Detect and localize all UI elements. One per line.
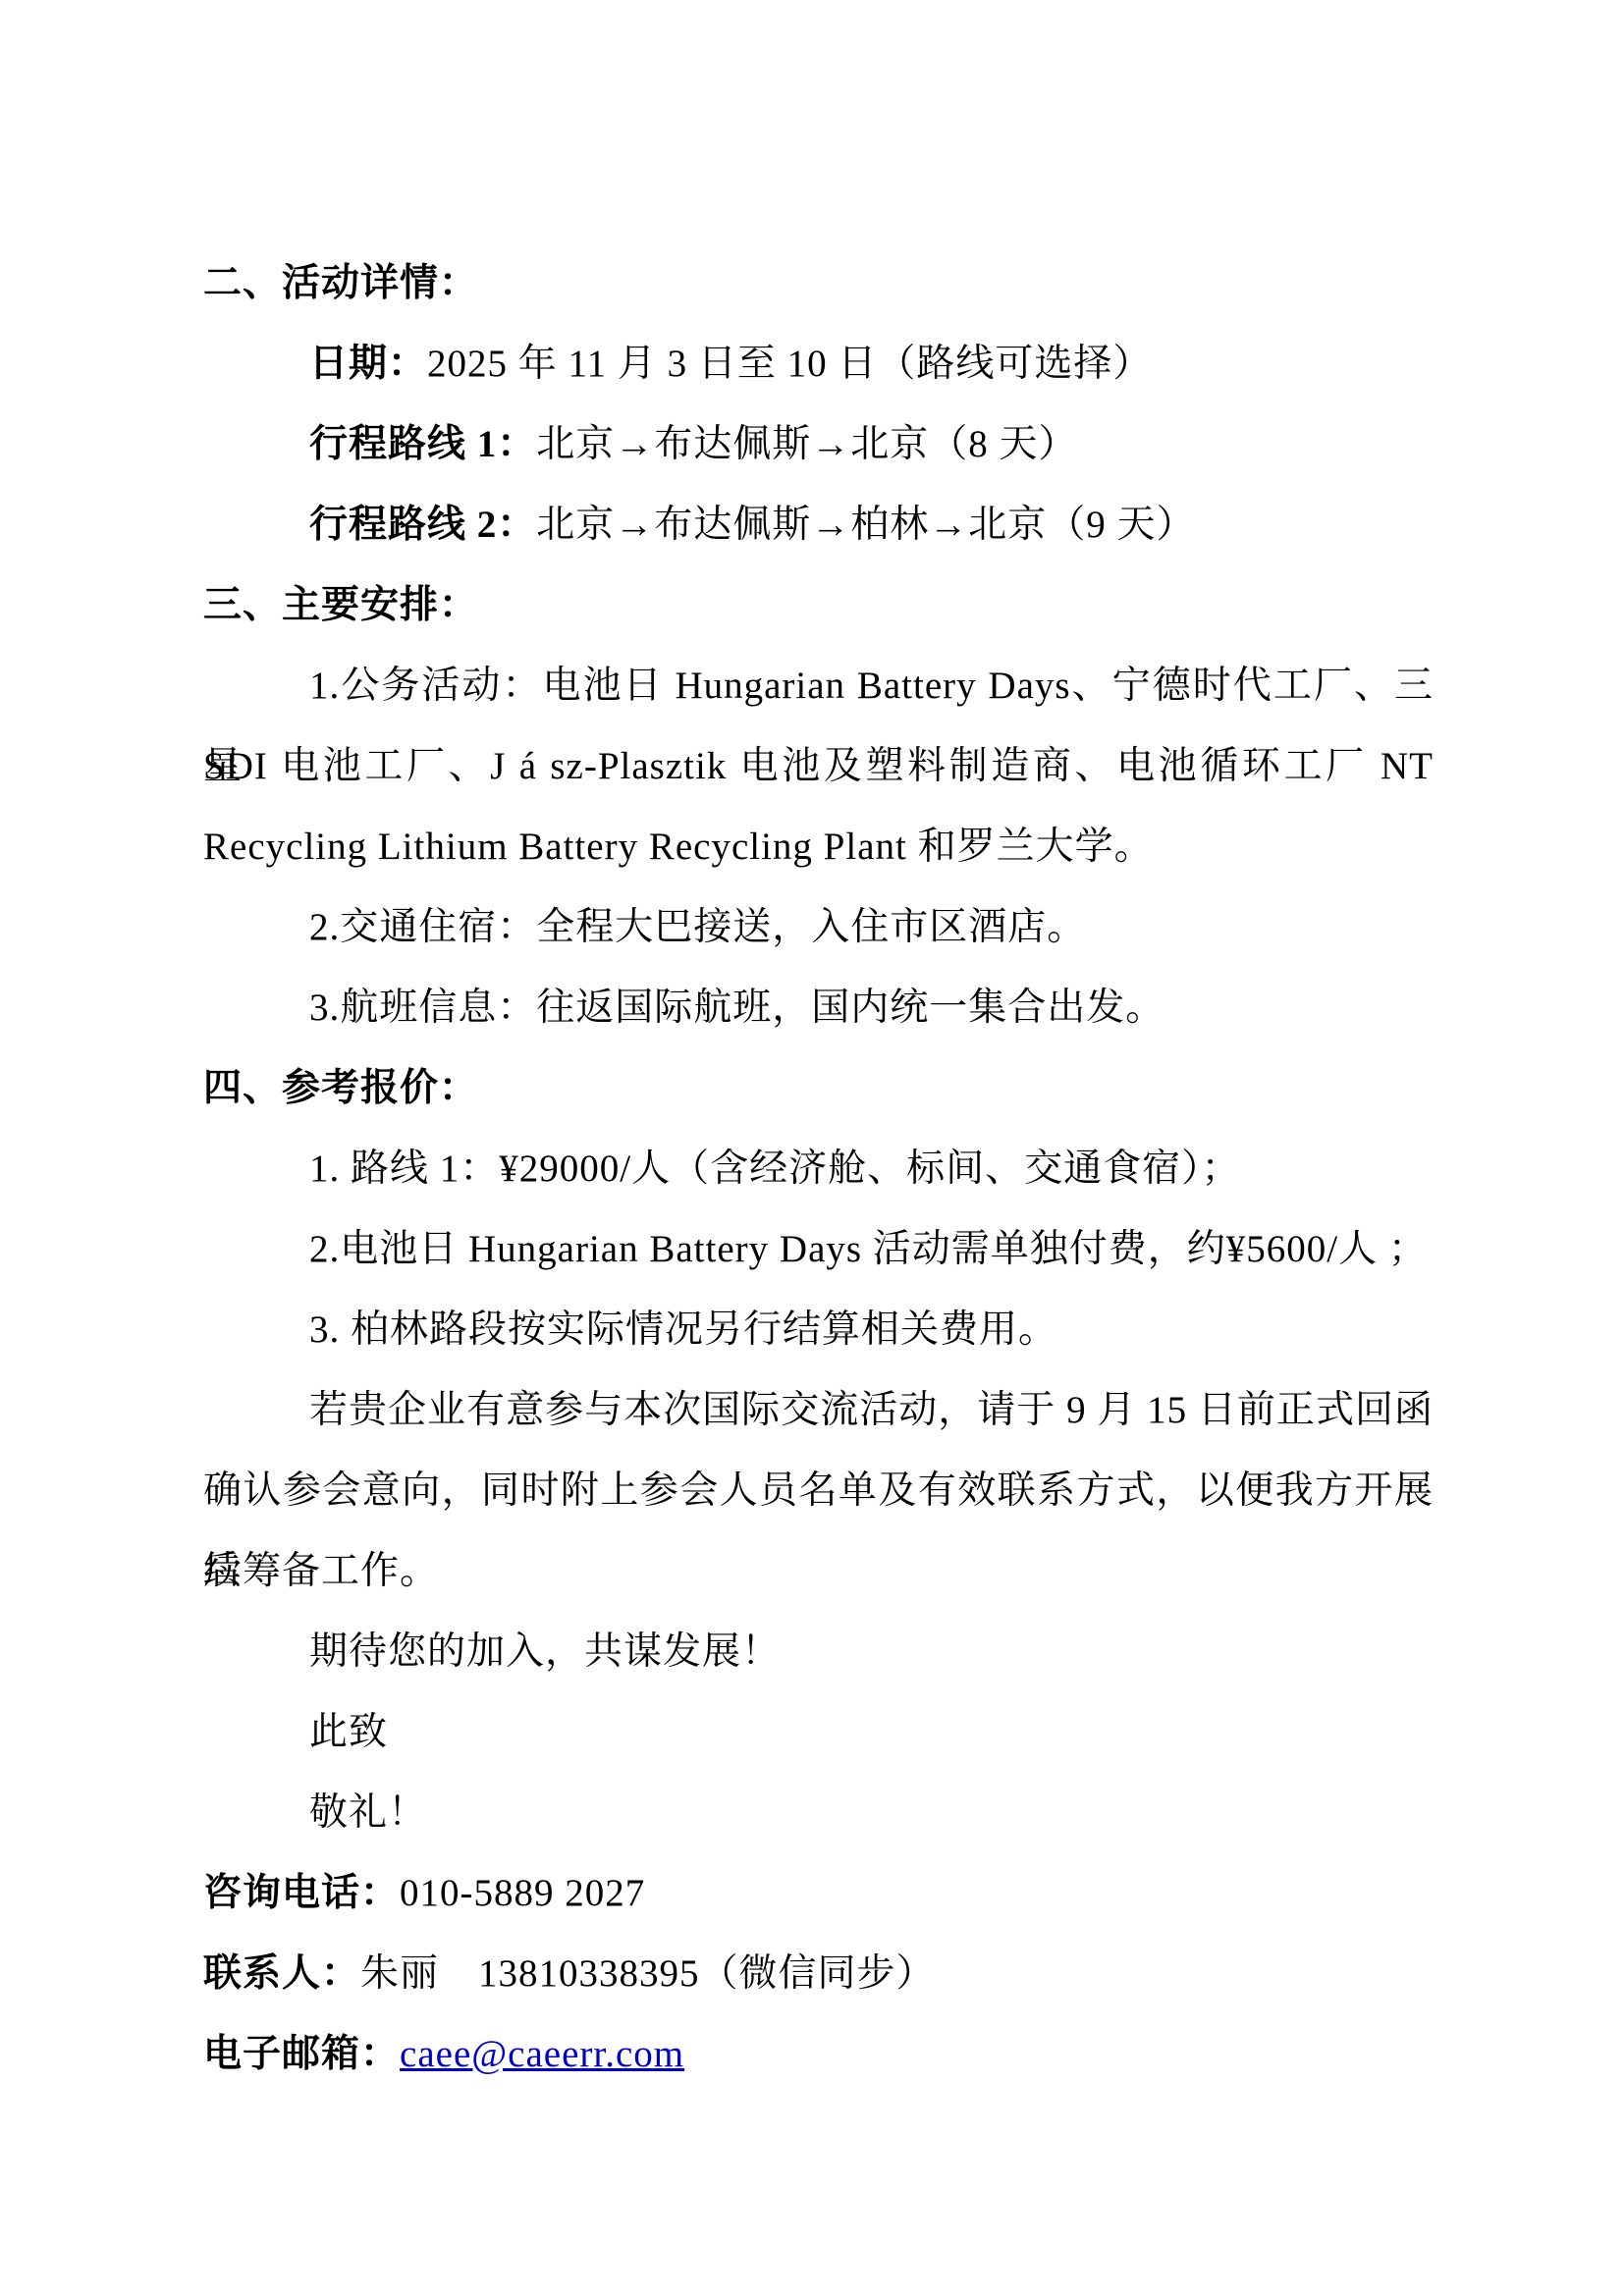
text-segment: SDI 电池工厂、J á sz-Plasztik 电池及塑料制造商、电池循环工厂… xyxy=(203,745,1434,787)
bold-label: 咨询电话： xyxy=(203,1872,400,1914)
closing-paragraph-line-2: 确认参会意向，同时附上参会人员名单及有效联系方式，以便我方开展后 xyxy=(203,1451,1434,1531)
text-segment: 010-5889 2027 xyxy=(400,1872,645,1914)
salute-line-2: 敬礼！ xyxy=(203,1773,1434,1853)
section-heading-3: 三、主要安排： xyxy=(203,565,1434,646)
arrangement-item-1-line-2: SDI 电池工厂、J á sz-Plasztik 电池及塑料制造商、电池循环工厂… xyxy=(203,726,1434,807)
email-line: 电子邮箱：caee@caeerr.com xyxy=(203,2014,1434,2095)
text-segment: 1. 路线 1：¥29000/人（含经济舱、标间、交通食宿）； xyxy=(309,1148,1241,1190)
text-segment: 北京→布达佩斯→柏林→北京（9 天） xyxy=(536,504,1195,546)
date-line: 日期：2025 年 11 月 3 日至 10 日（路线可选择） xyxy=(203,324,1434,404)
section-heading-2: 二、活动详情： xyxy=(203,243,1434,324)
text-segment: 2.交通住宿：全程大巴接送，入住市区酒店。 xyxy=(309,906,1086,948)
closing-paragraph-line-1: 若贵企业有意参与本次国际交流活动，请于 9 月 15 日前正式回函 xyxy=(203,1370,1434,1451)
text-segment: 3. 柏林路段按实际情况另行结算相关费用。 xyxy=(309,1308,1057,1351)
text-segment: Recycling Lithium Battery Recycling Plan… xyxy=(203,826,1154,868)
bold-label: 行程路线 1： xyxy=(309,423,536,465)
price-item-1: 1. 路线 1：¥29000/人（含经济舱、标间、交通食宿）； xyxy=(203,1129,1434,1209)
closing-paragraph-line-3: 续筹备工作。 xyxy=(203,1531,1434,1612)
text-segment: 北京→布达佩斯→北京（8 天） xyxy=(536,423,1077,465)
closing-wish-line: 期待您的加入，共谋发展！ xyxy=(203,1612,1434,1692)
bold-label: 二、活动详情： xyxy=(203,262,478,304)
bold-label: 电子邮箱： xyxy=(203,2033,400,2075)
text-segment: 若贵企业有意参与本次国际交流活动，请于 9 月 15 日前正式回函 xyxy=(309,1389,1434,1431)
text-segment: 3.航班信息：往返国际航班，国内统一集合出发。 xyxy=(309,987,1164,1029)
text-segment: 朱丽 13810338395（微信同步） xyxy=(360,1952,936,1995)
section-heading-4: 四、参考报价： xyxy=(203,1048,1434,1129)
phone-line: 咨询电话：010-5889 2027 xyxy=(203,1853,1434,1934)
text-segment: 敬礼！ xyxy=(309,1791,427,1834)
bold-label: 三、主要安排： xyxy=(203,584,478,626)
text-segment: 2025 年 11 月 3 日至 10 日（路线可选择） xyxy=(427,343,1152,385)
arrangement-item-2: 2.交通住宿：全程大巴接送，入住市区酒店。 xyxy=(203,887,1434,968)
bold-label: 四、参考报价： xyxy=(203,1067,478,1109)
letter-body: 二、活动详情：日期：2025 年 11 月 3 日至 10 日（路线可选择）行程… xyxy=(203,243,1434,2095)
text-segment: 此致 xyxy=(309,1711,388,1753)
text-segment: 期待您的加入，共谋发展！ xyxy=(309,1630,781,1673)
price-item-3: 3. 柏林路段按实际情况另行结算相关费用。 xyxy=(203,1290,1434,1370)
text-segment: 续筹备工作。 xyxy=(203,1550,439,1592)
route-2-line: 行程路线 2：北京→布达佩斯→柏林→北京（9 天） xyxy=(203,485,1434,565)
contact-line: 联系人：朱丽 13810338395（微信同步） xyxy=(203,1934,1434,2014)
bold-label: 日期： xyxy=(309,343,427,385)
arrangement-item-1-line-3: Recycling Lithium Battery Recycling Plan… xyxy=(203,807,1434,887)
price-item-2: 2.电池日 Hungarian Battery Days 活动需单独付费，约¥5… xyxy=(203,1209,1434,1290)
text-segment: 2.电池日 Hungarian Battery Days 活动需单独付费，约¥5… xyxy=(309,1228,1428,1270)
bold-label: 联系人： xyxy=(203,1952,360,1995)
arrangement-item-1-line-1: 1.公务活动：电池日 Hungarian Battery Days、宁德时代工厂… xyxy=(203,646,1434,726)
route-1-line: 行程路线 1：北京→布达佩斯→北京（8 天） xyxy=(203,404,1434,485)
bold-label: 行程路线 2： xyxy=(309,504,536,546)
document-page: 二、活动详情：日期：2025 年 11 月 3 日至 10 日（路线可选择）行程… xyxy=(0,0,1624,2296)
arrangement-item-3: 3.航班信息：往返国际航班，国内统一集合出发。 xyxy=(203,968,1434,1048)
salute-line-1: 此致 xyxy=(203,1692,1434,1773)
email-link[interactable]: caee@caeerr.com xyxy=(400,2033,684,2075)
